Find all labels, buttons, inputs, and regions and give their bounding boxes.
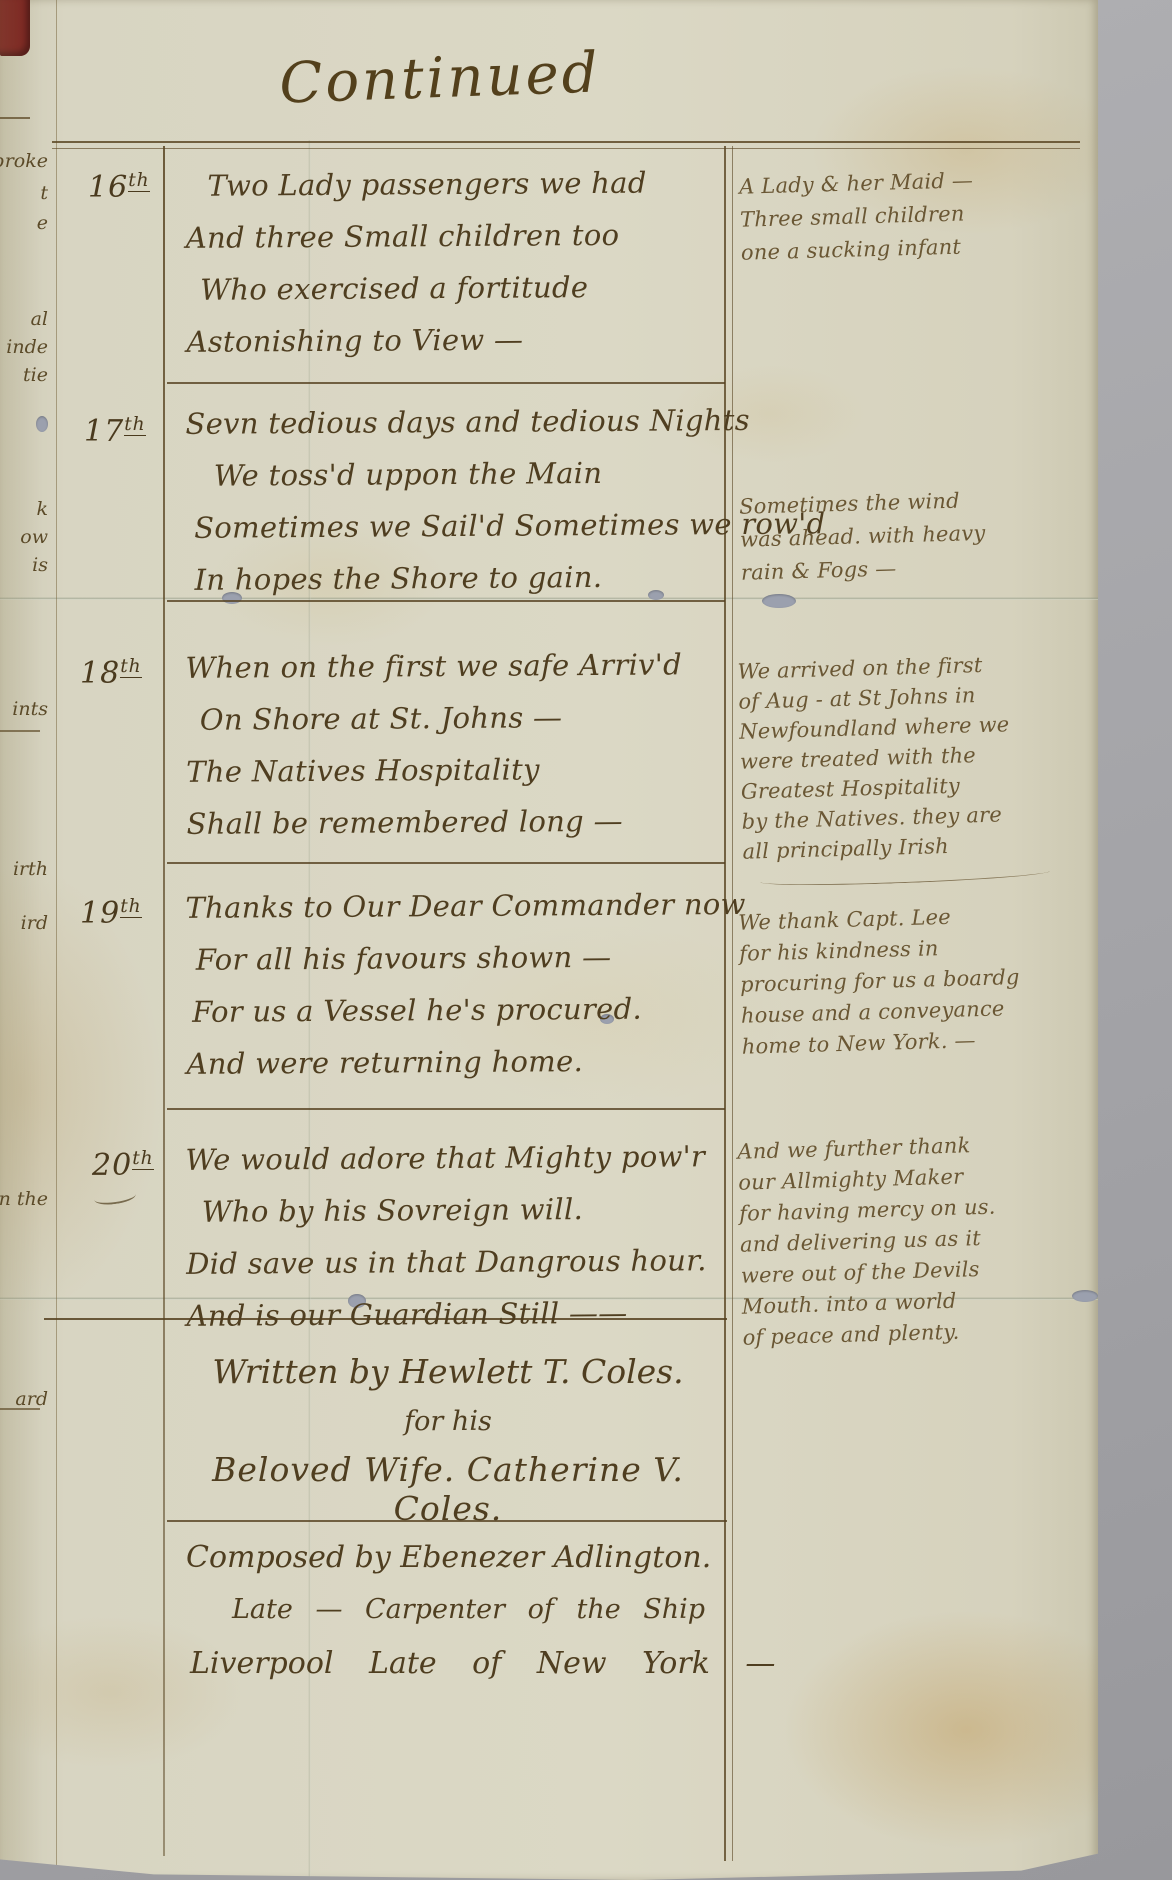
cutoff-text-fragment: t [40,182,48,204]
number-flourish [93,1187,137,1207]
column-rule-numbers [163,146,165,1856]
page-title: Continued [149,36,731,121]
written-by-line: Written by Hewlett T. Coles. [170,1352,726,1391]
verse-line: Shall be remembered long — [186,794,724,850]
cutoff-text-fragment: ints [12,698,48,720]
verse-block: When on the first we safe Arriv'd On Sho… [185,638,724,850]
verse-block: We would adore that Mighty pow'r Who by … [185,1130,724,1342]
cutoff-text-fragment: ird [21,912,48,934]
carpenter-line: Late — Carpenter of the Ship [232,1594,705,1625]
entry-number-value: 17 [84,414,124,449]
row-separator [167,1108,725,1110]
scanned-manuscript-page: broke t e al inde tie k ow is ints irth … [0,0,1172,1880]
verse-line: Sometimes we Sail'd Sometimes we row'd [194,498,724,554]
cutoff-text-fragment: e [37,212,48,234]
margin-note: A Lady & her Maid — Three small children… [739,161,1082,269]
row-separator [167,382,725,384]
entry-number: 17th [84,414,146,449]
verse-line: In hopes the Shore to gain. [194,550,724,606]
edge-dash [0,1408,40,1410]
cutoff-text-fragment: irth [13,858,48,880]
cutoff-text-fragment: ow [20,526,48,548]
entry-number-ordinal: th [128,170,149,192]
verse-block: Sevn tedious days and tedious Nights We … [185,394,724,606]
verse-line: For us a Vessel he's procured. [192,982,724,1038]
cutoff-text-fragment: broke [0,150,48,172]
verse-line: And three Small children too [186,208,724,264]
margin-note: We arrived on the first of Aug - at St J… [737,647,1083,866]
verse-line: When on the first we safe Arriv'd [185,638,723,694]
entry-number-ordinal: th [132,1148,153,1170]
verse-line: Two Lady passengers we had [207,156,723,212]
cutoff-text-fragment: al [31,308,48,330]
verse-block: Thanks to Our Dear Commander now For all… [185,878,724,1090]
entry-number-ordinal: th [120,896,141,918]
margin-note: We thank Capt. Lee for his kindness in p… [738,898,1082,1062]
entry-number-ordinal: th [120,656,141,678]
entry-number: 20th [92,1148,154,1183]
margin-note: Sometimes the wind was ahead. with heavy… [739,481,1082,589]
cutoff-text-fragment: n the [0,1188,48,1210]
margin-note: And we further thank our Allmighty Maker… [737,1127,1083,1353]
verse-line: Did save us in that Dangrous hour. [186,1234,724,1290]
entry-number: 18th [80,656,142,691]
edge-dash [0,730,40,732]
written-for-line: for his [170,1406,726,1437]
verse-line: Astonishing to View — [186,312,724,368]
verse-block: Two Lady passengers we had And three Sma… [185,156,724,368]
row-separator [167,862,725,864]
edge-rule-fragment [0,117,30,119]
verse-line: Who exercised a fortitude [200,260,724,316]
composed-by-line: Composed by Ebenezer Adlington. [186,1540,711,1575]
flourish-line [760,865,1050,888]
verse-line: Thanks to Our Dear Commander now [185,878,723,934]
verse-line: And is our Guardian Still —— [186,1286,724,1342]
paper-sheet: broke t e al inde tie k ow is ints irth … [0,0,1098,1880]
entry-number: 16th [88,170,150,205]
entry-number: 19th [80,896,142,931]
cutoff-text-fragment: tie [23,364,48,386]
entry-number-ordinal: th [124,414,145,436]
verse-line: On Shore at St. Johns — [200,690,724,746]
verse-line: We would adore that Mighty pow'r [185,1130,723,1186]
ship-line: Liverpool Late of New York — [190,1646,775,1681]
paper-hole [762,594,796,608]
cutoff-text-fragment: is [32,554,48,576]
cutoff-text-fragment: ard [15,1388,48,1410]
verse-line: Sevn tedious days and tedious Nights [185,394,723,450]
entry-number-value: 16 [88,170,128,205]
cutoff-text-fragment: k [36,498,48,520]
entry-number-value: 20 [92,1148,132,1183]
verse-line: The Natives Hospitality [186,742,724,798]
adjacent-page-edge: broke t e al inde tie k ow is ints irth … [0,0,57,1880]
verse-line: We toss'd uppon the Main [214,446,724,502]
entry-number-value: 19 [80,896,120,931]
cutoff-text-fragment: inde [6,336,48,358]
entry-number-value: 18 [80,656,120,691]
beloved-wife-line: Beloved Wife. Catherine V. Coles. [170,1450,726,1528]
verse-line: Who by his Sovreign will. [202,1182,724,1238]
verse-line: For all his favours shown — [196,930,724,986]
verse-line: And were returning home. [186,1034,724,1090]
table-rule-top [52,141,1080,149]
